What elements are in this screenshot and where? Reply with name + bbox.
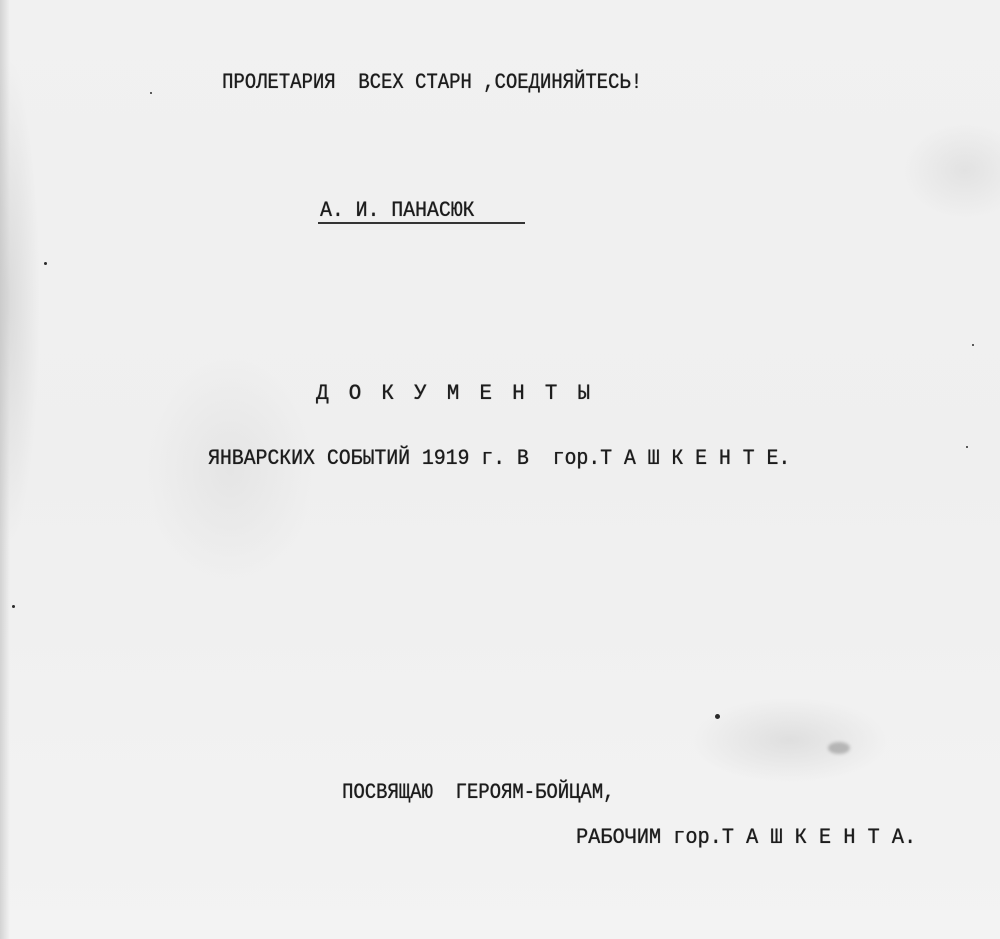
- paper-speck: [715, 714, 720, 719]
- dedication-line-2: РАБОЧИМ гор.Т А Ш К Е Н Т А.: [576, 825, 916, 850]
- paper-stain: [828, 742, 850, 754]
- paper-speck: [12, 605, 15, 608]
- paper-speck: [150, 92, 152, 94]
- paper-speck: [972, 344, 974, 346]
- document-subtitle: ЯНВАРСКИХ СОБЫТИЙ 1919 г. В гор.Т А Ш К …: [208, 446, 790, 471]
- author-name: А. И. ПАНАСЮК: [320, 198, 474, 223]
- paper-speck: [44, 262, 47, 265]
- motto-slogan: ПРОЛЕТАРИЯ ВСЕХ СТАРН ,СОЕДИНЯЙТЕСЬ!: [222, 70, 642, 95]
- typewritten-title-page: ПРОЛЕТАРИЯ ВСЕХ СТАРН ,СОЕДИНЯЙТЕСЬ! А. …: [0, 0, 1000, 939]
- document-title: Д О К У М Е Н Т Ы: [316, 381, 594, 406]
- paper-edge-shadow: [0, 0, 10, 939]
- paper-speck: [966, 446, 968, 448]
- dedication-line-1: ПОСВЯЩАЮ ГЕРОЯМ-БОЙЦАМ,: [342, 780, 614, 805]
- author-underline: [318, 222, 525, 224]
